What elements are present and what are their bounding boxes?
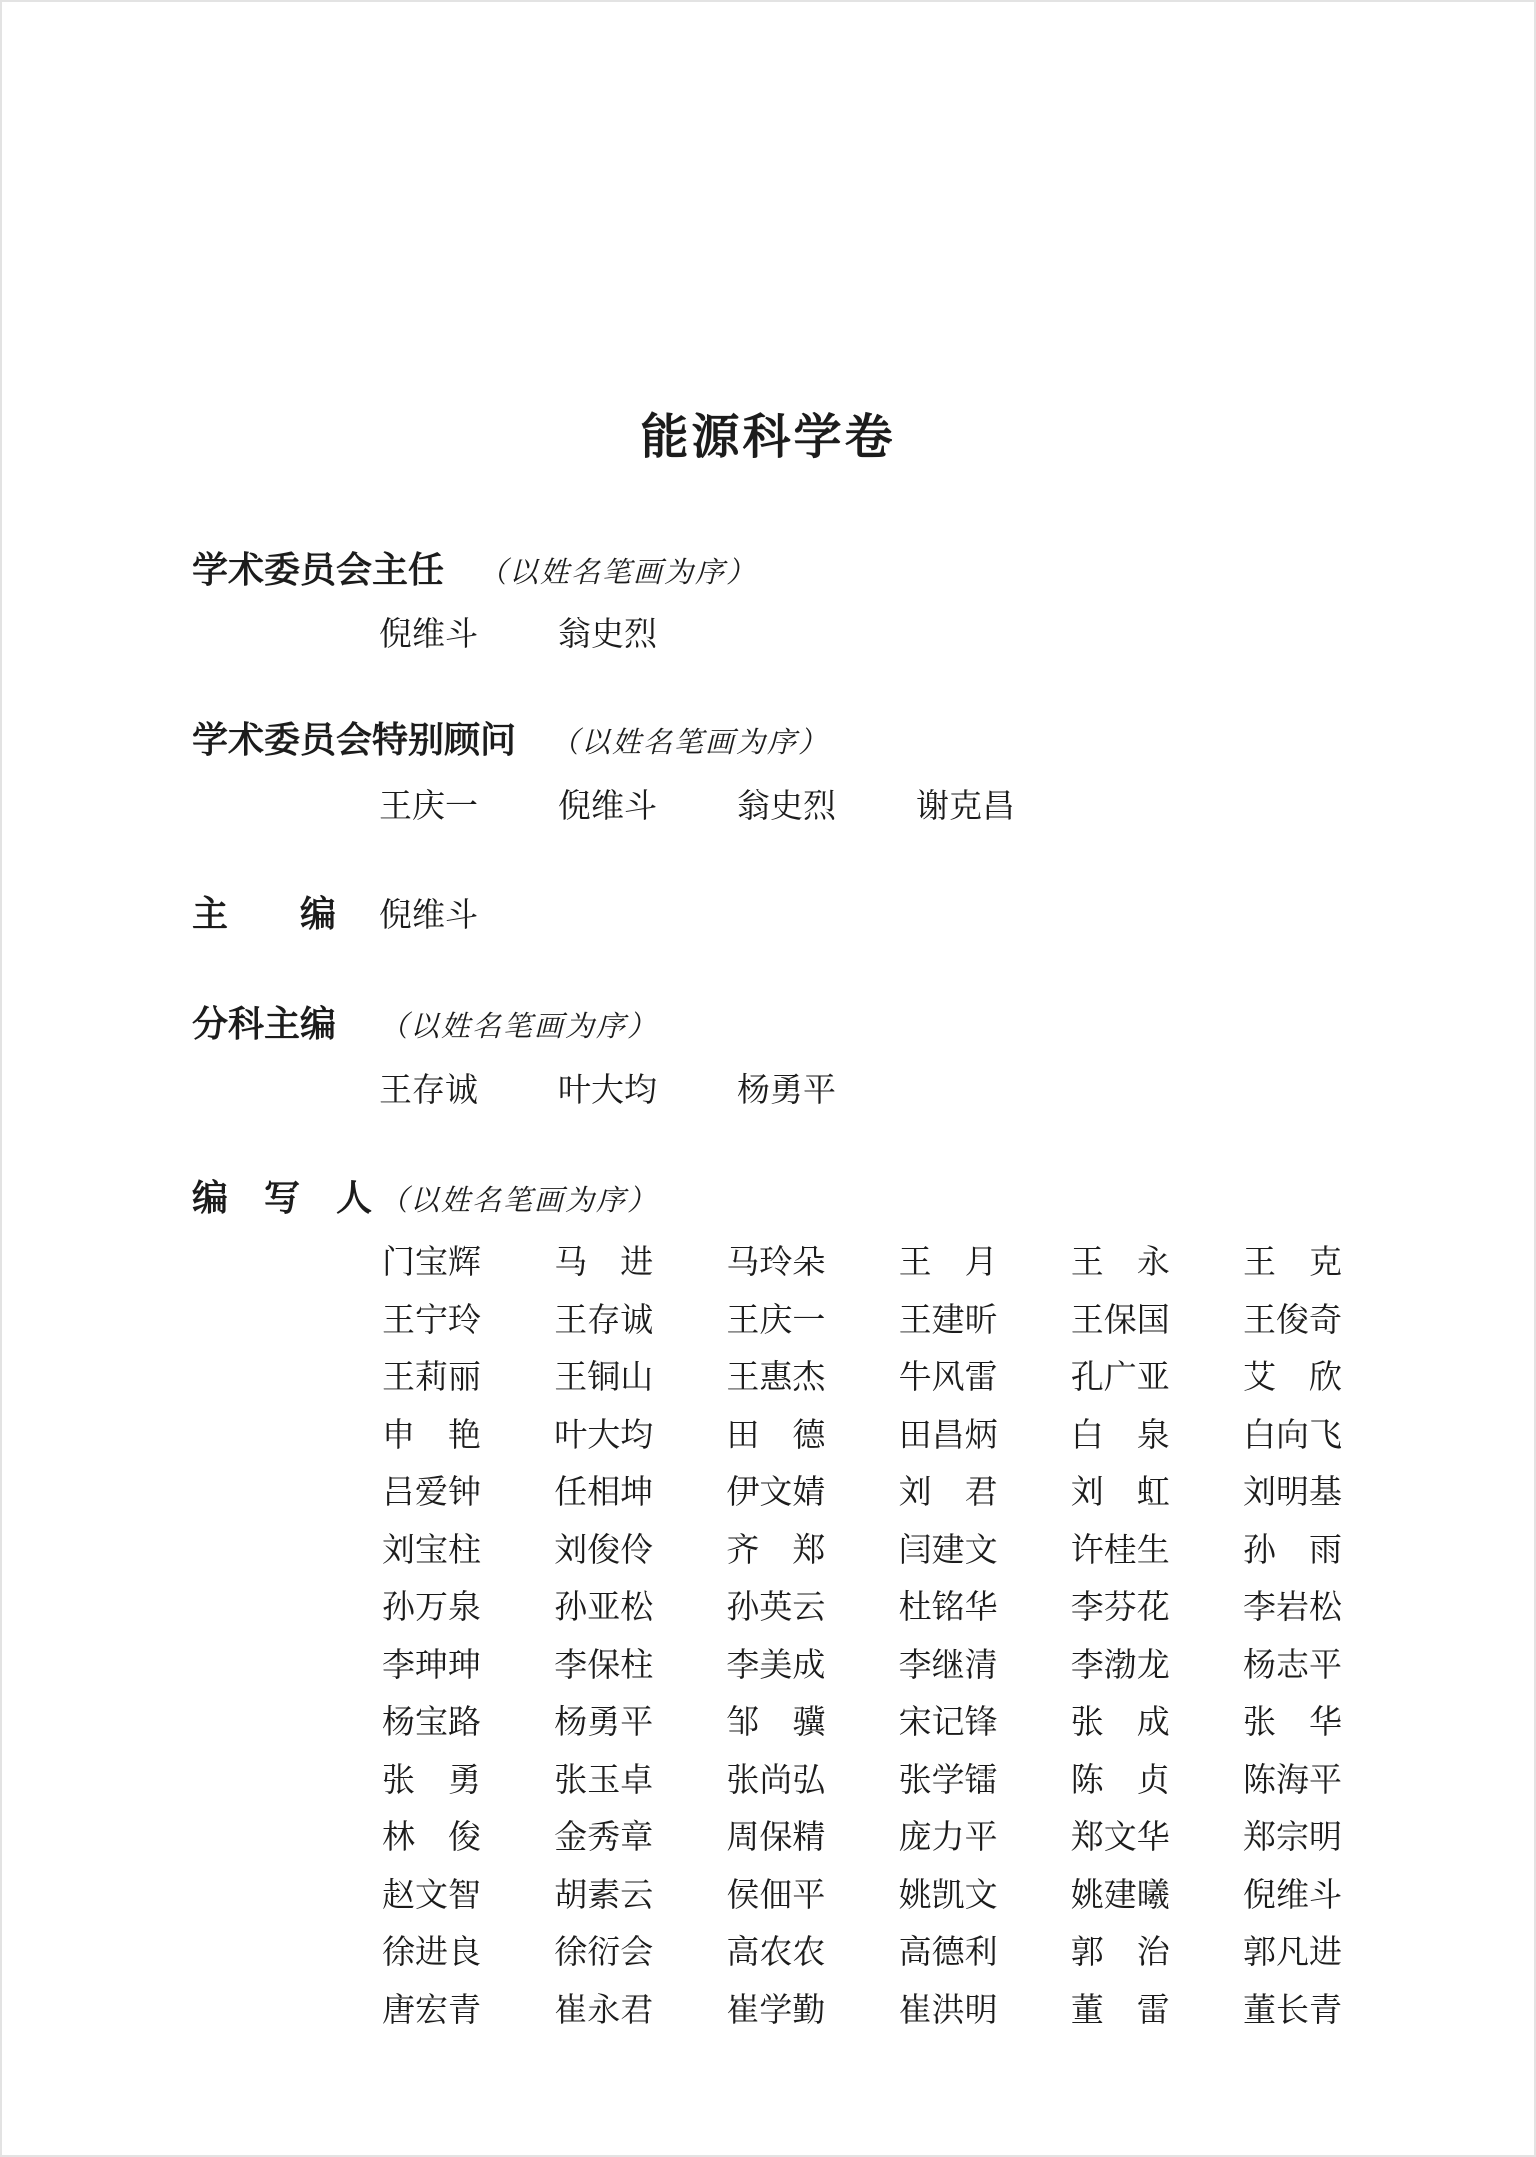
- person-name: 谢克昌: [916, 780, 1015, 827]
- person-name: 姚建曦: [1071, 1869, 1171, 1927]
- person-name: 高德利: [899, 1926, 999, 1984]
- person-name: 倪维斗: [558, 780, 657, 827]
- person-name: 倪维斗: [379, 889, 478, 936]
- person-name: 刘俊伶: [554, 1524, 654, 1582]
- person-name: 王 克: [1243, 1236, 1343, 1294]
- person-name: 侯佃平: [726, 1869, 826, 1927]
- person-name: 张 华: [1243, 1696, 1343, 1754]
- writers-row: 刘宝柱刘俊伶齐 郑闫建文许桂生孙 雨: [382, 1524, 1343, 1582]
- section-writers-heading: 编 写 人 （以姓名笔画为序）: [192, 1170, 658, 1221]
- person-name: 金秀章: [554, 1811, 654, 1869]
- person-name: 许桂生: [1071, 1524, 1171, 1582]
- writers-row: 王莉丽王铜山王惠杰牛风雷孔广亚艾 欣: [382, 1351, 1343, 1409]
- person-name: 王宁玲: [382, 1294, 482, 1352]
- person-name: 王存诚: [554, 1294, 654, 1352]
- person-name: 李美成: [726, 1639, 826, 1697]
- writers-name-grid: 门宝辉马 进马玲朵王 月王 永王 克王宁玲王存诚王庆一王建昕王保国王俊奇王莉丽王…: [382, 1236, 1343, 2041]
- person-name: 庞力平: [899, 1811, 999, 1869]
- person-name: 申 艳: [382, 1409, 482, 1467]
- section-editors-names: 王存诚叶大均杨勇平: [379, 1064, 836, 1111]
- person-name: 田 德: [726, 1409, 826, 1467]
- person-name: 郭 治: [1071, 1926, 1171, 1984]
- person-name: 胡素云: [554, 1869, 654, 1927]
- special-advisors-names: 王庆一倪维斗翁史烈谢克昌: [379, 780, 1015, 827]
- person-name: 张 成: [1071, 1696, 1171, 1754]
- person-name: 赵文智: [382, 1869, 482, 1927]
- person-name: 王存诚: [379, 1064, 478, 1111]
- writers-row: 申 艳叶大均田 德田昌炳白 泉白向飞: [382, 1409, 1343, 1467]
- person-name: 叶大均: [558, 1064, 657, 1111]
- person-name: 徐衍会: [554, 1926, 654, 1984]
- section-editors-heading: 分科主编 （以姓名笔画为序）: [192, 996, 658, 1047]
- person-name: 齐 郑: [726, 1524, 826, 1582]
- person-name: 李渤龙: [1071, 1639, 1171, 1697]
- person-name: 艾 欣: [1243, 1351, 1343, 1409]
- person-name: 徐进良: [382, 1926, 482, 1984]
- person-name: 马玲朵: [726, 1236, 826, 1294]
- person-name: 李岩松: [1243, 1581, 1343, 1639]
- person-name: 周保精: [726, 1811, 826, 1869]
- person-name: 孙 雨: [1243, 1524, 1343, 1582]
- person-name: 马 进: [554, 1236, 654, 1294]
- person-name: 李继清: [899, 1639, 999, 1697]
- writers-sort-note: （以姓名笔画为序）: [379, 1178, 658, 1219]
- person-name: 董长青: [1243, 1984, 1343, 2042]
- writers-row: 林 俊金秀章周保精庞力平郑文华郑宗明: [382, 1811, 1343, 1869]
- person-name: 孙英云: [726, 1581, 826, 1639]
- chairman-label: 学术委员会主任: [192, 542, 444, 593]
- person-name: 王俊奇: [1243, 1294, 1343, 1352]
- person-name: 刘明基: [1243, 1466, 1343, 1524]
- person-name: 刘 君: [899, 1466, 999, 1524]
- person-name: 王惠杰: [726, 1351, 826, 1409]
- person-name: 杨宝路: [382, 1696, 482, 1754]
- person-name: 崔学勤: [726, 1984, 826, 2042]
- person-name: 张 勇: [382, 1754, 482, 1812]
- person-name: 崔洪明: [899, 1984, 999, 2042]
- section-special-advisors-heading: 学术委员会特别顾问 （以姓名笔画为序）: [192, 712, 829, 763]
- person-name: 王保国: [1071, 1294, 1171, 1352]
- person-name: 吕爱钟: [382, 1466, 482, 1524]
- person-name: 王庆一: [379, 780, 478, 827]
- person-name: 叶大均: [554, 1409, 654, 1467]
- person-name: 白 泉: [1071, 1409, 1171, 1467]
- section-chairman-heading: 学术委员会主任 （以姓名笔画为序）: [192, 542, 757, 593]
- person-name: 邹 骥: [726, 1696, 826, 1754]
- person-name: 郭凡进: [1243, 1926, 1343, 1984]
- person-name: 田昌炳: [899, 1409, 999, 1467]
- person-name: 孙亚松: [554, 1581, 654, 1639]
- writers-row: 徐进良徐衍会高农农高德利郭 治郭凡进: [382, 1926, 1343, 1984]
- chairman-names: 倪维斗翁史烈: [379, 608, 657, 655]
- book-frontmatter-page: 能源科学卷 学术委员会主任 （以姓名笔画为序） 倪维斗翁史烈 学术委员会特别顾问…: [0, 0, 1536, 2157]
- person-name: 孔广亚: [1071, 1351, 1171, 1409]
- writers-row: 王宁玲王存诚王庆一王建昕王保国王俊奇: [382, 1294, 1343, 1352]
- person-name: 杜铭华: [899, 1581, 999, 1639]
- chairman-sort-note: （以姓名笔画为序）: [478, 550, 757, 591]
- person-name: 杨勇平: [737, 1064, 836, 1111]
- writers-label: 编 写 人: [192, 1170, 379, 1221]
- person-name: 伊文婧: [726, 1466, 826, 1524]
- person-name: 高农农: [726, 1926, 826, 1984]
- person-name: 张尚弘: [726, 1754, 826, 1812]
- writers-row: 张 勇张玉卓张尚弘张学镭陈 贞陈海平: [382, 1754, 1343, 1812]
- page-title: 能源科学卷: [2, 398, 1534, 467]
- writers-row: 吕爱钟任相坤伊文婧刘 君刘 虹刘明基: [382, 1466, 1343, 1524]
- writers-row: 孙万泉孙亚松孙英云杜铭华李芬花李岩松: [382, 1581, 1343, 1639]
- person-name: 王建昕: [899, 1294, 999, 1352]
- person-name: 孙万泉: [382, 1581, 482, 1639]
- person-name: 翁史烈: [737, 780, 836, 827]
- person-name: 王莉丽: [382, 1351, 482, 1409]
- person-name: 王 月: [899, 1236, 999, 1294]
- person-name: 李芬花: [1071, 1581, 1171, 1639]
- person-name: 张学镭: [899, 1754, 999, 1812]
- writers-row: 唐宏青崔永君崔学勤崔洪明董 雷董长青: [382, 1984, 1343, 2042]
- person-name: 刘宝柱: [382, 1524, 482, 1582]
- person-name: 张玉卓: [554, 1754, 654, 1812]
- person-name: 闫建文: [899, 1524, 999, 1582]
- person-name: 林 俊: [382, 1811, 482, 1869]
- person-name: 牛风雷: [899, 1351, 999, 1409]
- special-advisors-sort-note: （以姓名笔画为序）: [550, 720, 829, 761]
- person-name: 郑文华: [1071, 1811, 1171, 1869]
- writers-row: 杨宝路杨勇平邹 骥宋记锋张 成张 华: [382, 1696, 1343, 1754]
- writers-row: 赵文智胡素云侯佃平姚凯文姚建曦倪维斗: [382, 1869, 1343, 1927]
- person-name: 董 雷: [1071, 1984, 1171, 2042]
- person-name: 王铜山: [554, 1351, 654, 1409]
- section-editors-sort-note: （以姓名笔画为序）: [379, 1004, 658, 1045]
- person-name: 王 永: [1071, 1236, 1171, 1294]
- person-name: 刘 虹: [1071, 1466, 1171, 1524]
- person-name: 李珅珅: [382, 1639, 482, 1697]
- writers-row: 李珅珅李保柱李美成李继清李渤龙杨志平: [382, 1639, 1343, 1697]
- section-chief-editor: 主 编 倪维斗: [192, 886, 478, 937]
- person-name: 姚凯文: [899, 1869, 999, 1927]
- person-name: 郑宗明: [1243, 1811, 1343, 1869]
- chief-editor-label: 主 编: [192, 886, 379, 937]
- person-name: 杨志平: [1243, 1639, 1343, 1697]
- person-name: 倪维斗: [379, 608, 478, 655]
- person-name: 唐宏青: [382, 1984, 482, 2042]
- person-name: 王庆一: [726, 1294, 826, 1352]
- person-name: 倪维斗: [1243, 1869, 1343, 1927]
- person-name: 宋记锋: [899, 1696, 999, 1754]
- person-name: 任相坤: [554, 1466, 654, 1524]
- special-advisors-label: 学术委员会特别顾问: [192, 712, 516, 763]
- section-editors-label: 分科主编: [192, 996, 379, 1047]
- person-name: 门宝辉: [382, 1236, 482, 1294]
- person-name: 崔永君: [554, 1984, 654, 2042]
- person-name: 陈海平: [1243, 1754, 1343, 1812]
- person-name: 白向飞: [1243, 1409, 1343, 1467]
- person-name: 陈 贞: [1071, 1754, 1171, 1812]
- person-name: 翁史烈: [558, 608, 657, 655]
- writers-row: 门宝辉马 进马玲朵王 月王 永王 克: [382, 1236, 1343, 1294]
- person-name: 李保柱: [554, 1639, 654, 1697]
- person-name: 杨勇平: [554, 1696, 654, 1754]
